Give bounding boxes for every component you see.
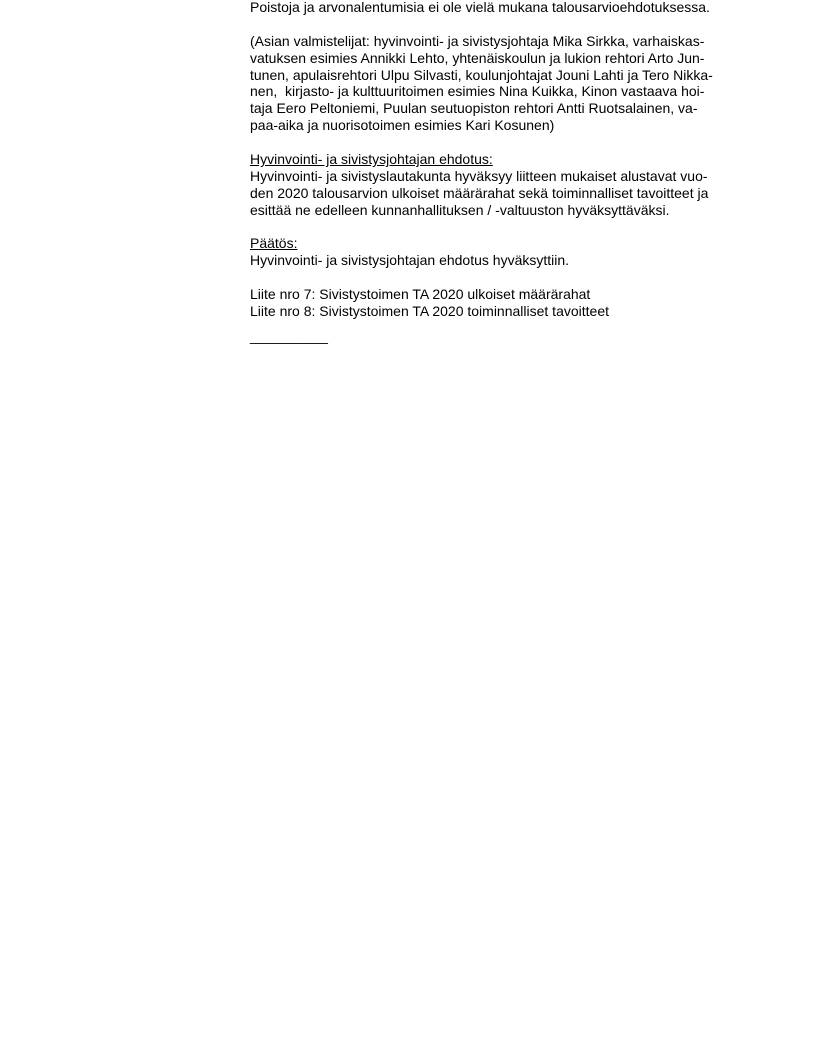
proposal-heading: Hyvinvointi- ja sivistysjohtajan ehdotus… bbox=[250, 151, 493, 167]
preparers-line: paa-aika ja nuorisotoimen esimies Kari K… bbox=[250, 117, 750, 134]
proposal-section: Hyvinvointi- ja sivistysjohtajan ehdotus… bbox=[250, 151, 750, 219]
end-rule: __________ bbox=[250, 328, 750, 345]
preparers-line: tunen, apulaisrehtori Ulpu Silvasti, kou… bbox=[250, 67, 750, 84]
proposal-line: Hyvinvointi- ja sivistyslautakunta hyväk… bbox=[250, 168, 750, 185]
spacer bbox=[250, 219, 750, 236]
preparers-line: taja Eero Peltoniemi, Puulan seutuopisto… bbox=[250, 100, 750, 117]
proposal-line: esittää ne edelleen kunnanhallituksen / … bbox=[250, 202, 750, 219]
decision-heading: Päätös: bbox=[250, 235, 297, 251]
spacer bbox=[250, 269, 750, 286]
attachment-item: Liite nro 7: Sivistystoimen TA 2020 ulko… bbox=[250, 286, 750, 303]
preparers-line: vatuksen esimies Annikki Lehto, yhtenäis… bbox=[250, 50, 750, 67]
decision-text: Hyvinvointi- ja sivistysjohtajan ehdotus… bbox=[250, 252, 750, 269]
spacer bbox=[250, 16, 750, 33]
attachments-list: Liite nro 7: Sivistystoimen TA 2020 ulko… bbox=[250, 286, 750, 320]
intro-paragraph: Poistoja ja arvonalentumisia ei ole viel… bbox=[250, 0, 750, 16]
attachment-item: Liite nro 8: Sivistystoimen TA 2020 toim… bbox=[250, 303, 750, 320]
proposal-line: den 2020 talousarvion ulkoiset määräraha… bbox=[250, 185, 750, 202]
preparers-paragraph: (Asian valmistelijat: hyvinvointi- ja si… bbox=[250, 33, 750, 134]
spacer bbox=[250, 134, 750, 151]
decision-section: Päätös: Hyvinvointi- ja sivistysjohtajan… bbox=[250, 235, 750, 269]
preparers-line: nen, kirjasto- ja kulttuuritoimen esimie… bbox=[250, 83, 750, 100]
document-page: Poistoja ja arvonalentumisia ei ole viel… bbox=[250, 0, 750, 345]
preparers-line: (Asian valmistelijat: hyvinvointi- ja si… bbox=[250, 33, 750, 50]
